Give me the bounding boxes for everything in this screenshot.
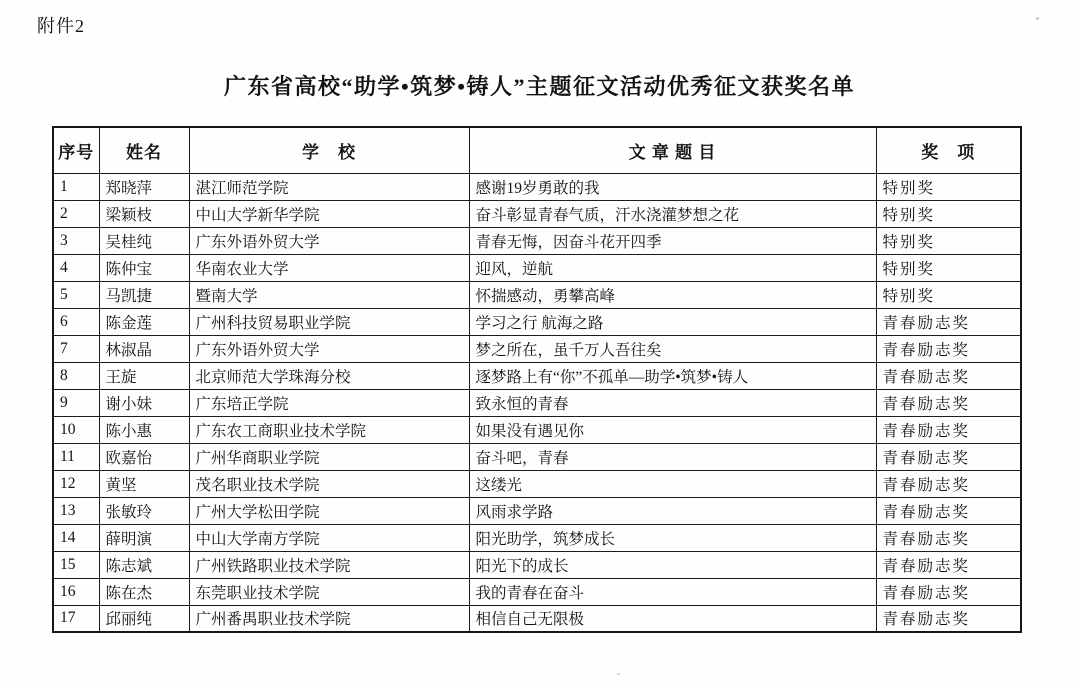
cell-award: 青春励志奖 — [876, 416, 1021, 443]
cell-title: 致永恒的青春 — [469, 389, 876, 416]
awards-table: 序号 姓名 学 校 文 章 题 目 奖 项 1郑晓萍湛江师范学院感谢19岁勇敢的… — [52, 126, 1022, 633]
cell-award: 青春励志奖 — [876, 389, 1021, 416]
cell-name: 吴桂纯 — [99, 227, 189, 254]
cell-no: 12 — [53, 470, 99, 497]
cell-title: 学习之行 航海之路 — [469, 308, 876, 335]
cell-award: 特别奖 — [876, 227, 1021, 254]
cell-title: 这缕光 — [469, 470, 876, 497]
cell-no: 4 — [53, 254, 99, 281]
cell-name: 陈仲宝 — [99, 254, 189, 281]
cell-title: 如果没有遇见你 — [469, 416, 876, 443]
cell-award: 青春励志奖 — [876, 605, 1021, 632]
cell-school: 茂名职业技术学院 — [189, 470, 469, 497]
cell-school: 广州番禺职业技术学院 — [189, 605, 469, 632]
cell-name: 张敏玲 — [99, 497, 189, 524]
cell-no: 8 — [53, 362, 99, 389]
cell-no: 11 — [53, 443, 99, 470]
cell-award: 青春励志奖 — [876, 524, 1021, 551]
table-row: 15陈志斌广州铁路职业技术学院阳光下的成长青春励志奖 — [53, 551, 1021, 578]
scan-speck — [1036, 17, 1039, 20]
table-row: 14薛明演中山大学南方学院阳光助学，筑梦成长青春励志奖 — [53, 524, 1021, 551]
cell-name: 郑晓萍 — [99, 173, 189, 200]
table-row: 8王旋北京师范大学珠海分校逐梦路上有“你”不孤单—助学•筑梦•铸人青春励志奖 — [53, 362, 1021, 389]
cell-title: 阳光助学，筑梦成长 — [469, 524, 876, 551]
cell-title: 感谢19岁勇敢的我 — [469, 173, 876, 200]
cell-award: 青春励志奖 — [876, 470, 1021, 497]
table-row: 12黄坚茂名职业技术学院这缕光青春励志奖 — [53, 470, 1021, 497]
cell-school: 华南农业大学 — [189, 254, 469, 281]
cell-title: 梦之所在，虽千万人吾往矣 — [469, 335, 876, 362]
page-title: 广东省高校“助学•筑梦•铸人”主题征文活动优秀征文获奖名单 — [0, 70, 1079, 101]
table-row: 5马凯捷暨南大学怀揣感动，勇攀高峰特别奖 — [53, 281, 1021, 308]
cell-name: 陈志斌 — [99, 551, 189, 578]
table-row: 17邱丽纯广州番禺职业技术学院相信自己无限极青春励志奖 — [53, 605, 1021, 632]
table-row: 13张敏玲广州大学松田学院风雨求学路青春励志奖 — [53, 497, 1021, 524]
cell-school: 中山大学南方学院 — [189, 524, 469, 551]
table-row: 9谢小妹广东培正学院致永恒的青春青春励志奖 — [53, 389, 1021, 416]
table-row: 3吴桂纯广东外语外贸大学青春无悔，因奋斗花开四季特别奖 — [53, 227, 1021, 254]
table-row: 11欧嘉怡广州华商职业学院奋斗吧，青春青春励志奖 — [53, 443, 1021, 470]
cell-no: 15 — [53, 551, 99, 578]
table-row: 7林淑晶广东外语外贸大学梦之所在，虽千万人吾往矣青春励志奖 — [53, 335, 1021, 362]
cell-name: 谢小妹 — [99, 389, 189, 416]
cell-award: 青春励志奖 — [876, 308, 1021, 335]
table-row: 2梁颖枝中山大学新华学院奋斗彰显青春气质，汗水浇灌梦想之花特别奖 — [53, 200, 1021, 227]
cell-award: 青春励志奖 — [876, 335, 1021, 362]
cell-title: 阳光下的成长 — [469, 551, 876, 578]
table-body: 1郑晓萍湛江师范学院感谢19岁勇敢的我特别奖2梁颖枝中山大学新华学院奋斗彰显青春… — [53, 173, 1021, 632]
cell-name: 梁颖枝 — [99, 200, 189, 227]
cell-title: 风雨求学路 — [469, 497, 876, 524]
cell-title: 青春无悔，因奋斗花开四季 — [469, 227, 876, 254]
cell-title: 逐梦路上有“你”不孤单—助学•筑梦•铸人 — [469, 362, 876, 389]
cell-name: 王旋 — [99, 362, 189, 389]
table-row: 16陈在杰东莞职业技术学院我的青春在奋斗青春励志奖 — [53, 578, 1021, 605]
cell-school: 广州科技贸易职业学院 — [189, 308, 469, 335]
document-page: 附件2 广东省高校“助学•筑梦•铸人”主题征文活动优秀征文获奖名单 序号 姓名 … — [0, 0, 1079, 682]
cell-award: 青春励志奖 — [876, 362, 1021, 389]
cell-no: 10 — [53, 416, 99, 443]
cell-school: 广州铁路职业技术学院 — [189, 551, 469, 578]
cell-award: 特别奖 — [876, 254, 1021, 281]
cell-no: 6 — [53, 308, 99, 335]
cell-no: 17 — [53, 605, 99, 632]
cell-name: 黄坚 — [99, 470, 189, 497]
cell-title: 怀揣感动，勇攀高峰 — [469, 281, 876, 308]
cell-title: 我的青春在奋斗 — [469, 578, 876, 605]
cell-title: 奋斗彰显青春气质，汗水浇灌梦想之花 — [469, 200, 876, 227]
cell-no: 9 — [53, 389, 99, 416]
cell-school: 湛江师范学院 — [189, 173, 469, 200]
col-header-name: 姓名 — [99, 127, 189, 173]
cell-award: 青春励志奖 — [876, 497, 1021, 524]
cell-award: 特别奖 — [876, 173, 1021, 200]
cell-no: 5 — [53, 281, 99, 308]
table-header-row: 序号 姓名 学 校 文 章 题 目 奖 项 — [53, 127, 1021, 173]
cell-name: 陈在杰 — [99, 578, 189, 605]
cell-name: 薛明演 — [99, 524, 189, 551]
table-row: 4陈仲宝华南农业大学迎风，逆航特别奖 — [53, 254, 1021, 281]
cell-title: 相信自己无限极 — [469, 605, 876, 632]
cell-no: 13 — [53, 497, 99, 524]
cell-school: 广东培正学院 — [189, 389, 469, 416]
cell-no: 2 — [53, 200, 99, 227]
col-header-award: 奖 项 — [876, 127, 1021, 173]
cell-school: 广州大学松田学院 — [189, 497, 469, 524]
cell-title: 迎风，逆航 — [469, 254, 876, 281]
cell-school: 广东外语外贸大学 — [189, 335, 469, 362]
table-row: 10陈小惠广东农工商职业技术学院如果没有遇见你青春励志奖 — [53, 416, 1021, 443]
cell-school: 北京师范大学珠海分校 — [189, 362, 469, 389]
cell-name: 马凯捷 — [99, 281, 189, 308]
cell-no: 14 — [53, 524, 99, 551]
table-row: 6陈金莲广州科技贸易职业学院学习之行 航海之路青春励志奖 — [53, 308, 1021, 335]
col-header-no: 序号 — [53, 127, 99, 173]
cell-no: 3 — [53, 227, 99, 254]
cell-title: 奋斗吧，青春 — [469, 443, 876, 470]
col-header-title: 文 章 题 目 — [469, 127, 876, 173]
cell-no: 16 — [53, 578, 99, 605]
cell-award: 特别奖 — [876, 200, 1021, 227]
cell-school: 广东农工商职业技术学院 — [189, 416, 469, 443]
cell-school: 广州华商职业学院 — [189, 443, 469, 470]
cell-school: 东莞职业技术学院 — [189, 578, 469, 605]
cell-award: 青春励志奖 — [876, 551, 1021, 578]
col-header-school: 学 校 — [189, 127, 469, 173]
cell-name: 陈小惠 — [99, 416, 189, 443]
cell-no: 1 — [53, 173, 99, 200]
cell-award: 青春励志奖 — [876, 578, 1021, 605]
cell-award: 特别奖 — [876, 281, 1021, 308]
cell-name: 陈金莲 — [99, 308, 189, 335]
cell-school: 广东外语外贸大学 — [189, 227, 469, 254]
cell-name: 林淑晶 — [99, 335, 189, 362]
cell-no: 7 — [53, 335, 99, 362]
scan-speck — [617, 673, 620, 675]
cell-name: 欧嘉怡 — [99, 443, 189, 470]
table-row: 1郑晓萍湛江师范学院感谢19岁勇敢的我特别奖 — [53, 173, 1021, 200]
cell-school: 暨南大学 — [189, 281, 469, 308]
cell-name: 邱丽纯 — [99, 605, 189, 632]
cell-school: 中山大学新华学院 — [189, 200, 469, 227]
awards-table-wrap: 序号 姓名 学 校 文 章 题 目 奖 项 1郑晓萍湛江师范学院感谢19岁勇敢的… — [52, 126, 1022, 633]
attachment-label: 附件2 — [37, 12, 85, 38]
cell-award: 青春励志奖 — [876, 443, 1021, 470]
